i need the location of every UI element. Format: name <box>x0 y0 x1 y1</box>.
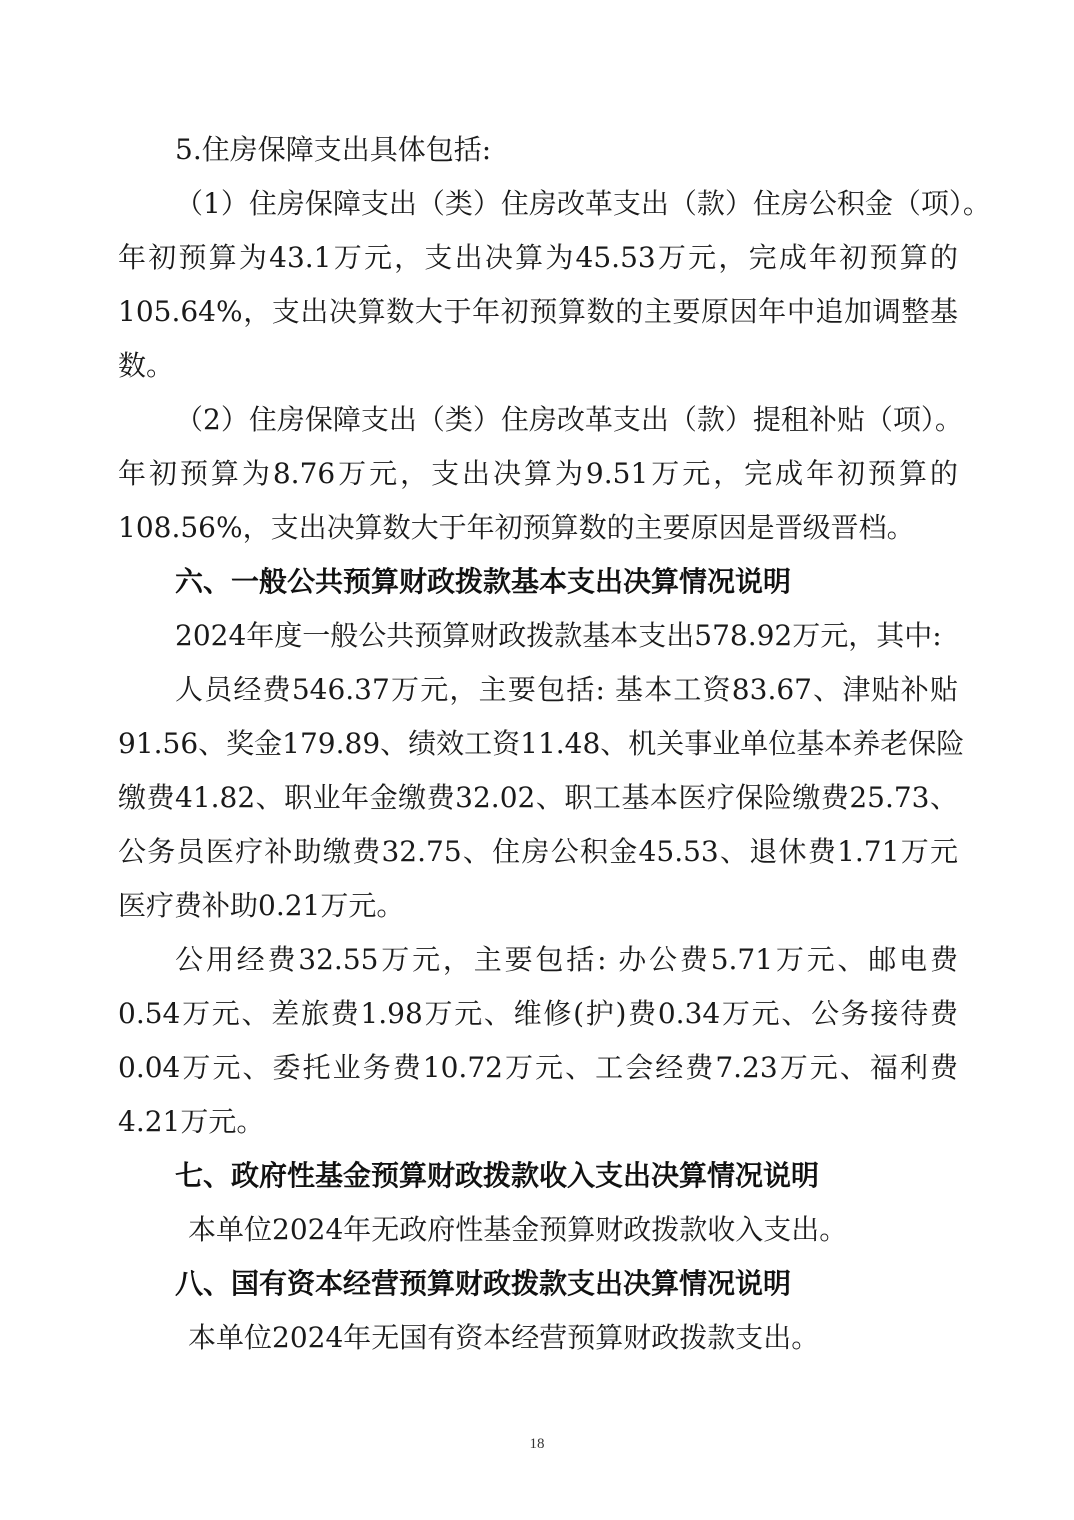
paragraph-line: 医疗费补助0.21万元。 <box>118 888 958 924</box>
paragraph-line: 年初预算为8.76万元，支出决算为9.51万元，完成年初预算的 <box>118 456 958 492</box>
paragraph-line: 108.56%，支出决算数大于年初预算数的主要原因是晋级晋档。 <box>118 510 958 546</box>
document-page: 5.住房保障支出具体包括: （1）住房保障支出（类）住房改革支出（款）住房公积金… <box>0 0 1074 1520</box>
paragraph-line: （1）住房保障支出（类）住房改革支出（款）住房公积金（项）。 <box>175 186 958 222</box>
paragraph-line: 年初预算为43.1万元，支出决算为45.53万元，完成年初预算的 <box>118 240 958 276</box>
paragraph-line: 4.21万元。 <box>118 1104 958 1140</box>
paragraph-line: 91.56、奖金179.89、绩效工资11.48、机关事业单位基本养老保险 <box>118 726 958 762</box>
section-heading-6: 六、一般公共预算财政拨款基本支出决算情况说明 <box>175 564 791 600</box>
paragraph-line: 0.04万元、委托业务费10.72万元、工会经费7.23万元、福利费 <box>118 1050 958 1086</box>
paragraph-line: 数。 <box>118 348 958 384</box>
paragraph-line: 2024年度一般公共预算财政拨款基本支出578.92万元，其中: <box>175 618 958 654</box>
paragraph-line: 缴费41.82、职业年金缴费32.02、职工基本医疗保险缴费25.73、 <box>118 780 958 816</box>
section-heading-8: 八、国有资本经营预算财政拨款支出决算情况说明 <box>175 1266 791 1302</box>
paragraph-line: 0.54万元、差旅费1.98万元、维修(护)费0.34万元、公务接待费 <box>118 996 958 1032</box>
page-number: 18 <box>0 1436 1074 1453</box>
paragraph-line: 本单位2024年无政府性基金预算财政拨款收入支出。 <box>188 1212 958 1248</box>
paragraph-line: 105.64%，支出决算数大于年初预算数的主要原因年中追加调整基 <box>118 294 958 330</box>
paragraph-line: 公用经费32.55万元，主要包括: 办公费5.71万元、邮电费 <box>175 942 958 978</box>
paragraph-line: 公务员医疗补助缴费32.75、住房公积金45.53、退休费1.71万元 <box>118 834 958 870</box>
section-heading-7: 七、政府性基金预算财政拨款收入支出决算情况说明 <box>175 1158 819 1194</box>
paragraph-line: 人员经费546.37万元，主要包括: 基本工资83.67、津贴补贴 <box>175 672 958 708</box>
paragraph-line: （2）住房保障支出（类）住房改革支出（款）提租补贴（项）。 <box>175 402 958 438</box>
paragraph-line: 本单位2024年无国有资本经营预算财政拨款支出。 <box>188 1320 958 1356</box>
subsection-heading-housing: 5.住房保障支出具体包括: <box>175 132 958 168</box>
